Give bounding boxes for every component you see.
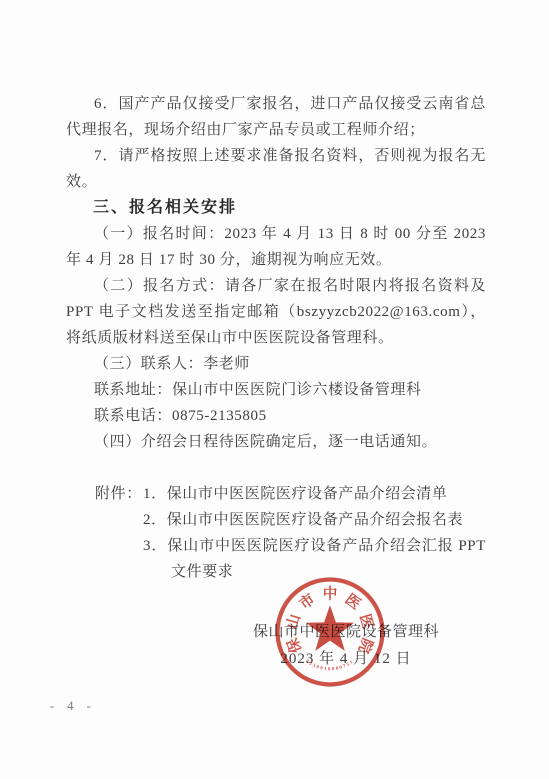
contact-phone: 联系电话：0875-2135805 bbox=[66, 403, 486, 429]
page-number: - 4 - bbox=[50, 699, 96, 714]
signature-department: 保山市中医医院设备管理科 bbox=[253, 619, 439, 646]
item-registration-method: （二）报名方式：请各厂家在报名时限内将报名资料及 PPT 电子文档发送至指定邮箱… bbox=[66, 273, 486, 351]
item-schedule-notice: （四）介绍会日程待医院确定后，逐一电话通知。 bbox=[66, 429, 486, 455]
item-contact-person: （三）联系人：李老师 bbox=[66, 351, 486, 377]
seal-ring-char: 中 bbox=[323, 586, 338, 603]
attachment-item-3: 3．保山市中医医院医疗设备产品介绍会汇报 PPT 文件要求 bbox=[143, 533, 486, 585]
paragraph-6: 6．国产产品仅接受厂家报名，进口产品仅接受云南省总代理报名，现场介绍由厂家产品专… bbox=[66, 91, 486, 143]
signature-date: 2023 年 4 月 12 日 bbox=[253, 646, 439, 673]
attachments-label: 附件： bbox=[95, 481, 143, 585]
item-registration-time: （一）报名时间：2023 年 4 月 13 日 8 时 00 分至 2023 年… bbox=[66, 221, 486, 273]
paragraph-7: 7．请严格按照上述要求准备报名资料，否则视为报名无效。 bbox=[66, 143, 486, 195]
attachments-block: 附件： 1．保山市中医医院医疗设备产品介绍会清单 2．保山市中医医院医疗设备产品… bbox=[95, 481, 486, 585]
contact-address: 联系地址：保山市中医医院门诊六楼设备管理科 bbox=[66, 377, 486, 403]
signature-block: 保山市中医医院设备管理科 2023 年 4 月 12 日 bbox=[253, 619, 439, 673]
document-page: 6．国产产品仅接受厂家报名，进口产品仅接受云南省总代理报名，现场介绍由厂家产品专… bbox=[0, 0, 549, 779]
document-body: 6．国产产品仅接受厂家报名，进口产品仅接受云南省总代理报名，现场介绍由厂家产品专… bbox=[66, 91, 486, 585]
seal-ring-char: 医 bbox=[342, 591, 364, 614]
attachment-item-2: 2．保山市中医医院医疗设备产品介绍会报名表 bbox=[143, 507, 486, 533]
attachments-list: 1．保山市中医医院医疗设备产品介绍会清单 2．保山市中医医院医疗设备产品介绍会报… bbox=[143, 481, 486, 585]
seal-ring-char: 市 bbox=[296, 590, 319, 613]
attachment-item-1: 1．保山市中医医院医疗设备产品介绍会清单 bbox=[143, 481, 486, 507]
section-heading: 三、报名相关安排 bbox=[66, 195, 486, 221]
